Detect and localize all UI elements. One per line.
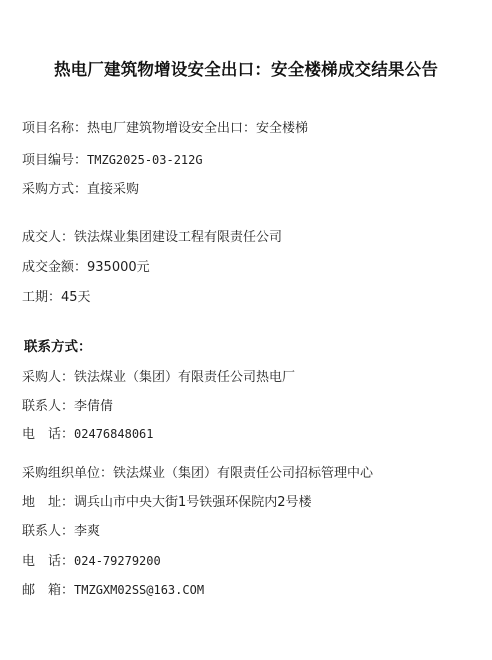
amount-row: 成交金额：935000元 [22, 259, 150, 277]
purchaser-phone-label: 电 话： [22, 427, 74, 442]
procurement-method-row: 采购方式：直接采购 [22, 181, 139, 199]
agency-phone-value: 024-79279200 [74, 554, 161, 568]
email-row: 邮 箱：TMZGXM02SS@163.COM [22, 581, 204, 600]
page-title: 热电厂建筑物增设安全出口：安全楼梯成交结果公告 [0, 58, 492, 82]
winner-value: 铁法煤业集团建设工程有限责任公司 [74, 230, 282, 245]
winner-label: 成交人： [22, 230, 74, 245]
amount-label: 成交金额： [22, 260, 87, 275]
purchaser-value: 铁法煤业（集团）有限责任公司热电厂 [74, 370, 295, 385]
project-name-value: 热电厂建筑物增设安全出口：安全楼梯 [87, 121, 308, 136]
agency-contact-value: 李爽 [74, 524, 100, 539]
agency-contact-row: 联系人：李爽 [22, 523, 100, 541]
project-name-row: 项目名称：热电厂建筑物增设安全出口：安全楼梯 [22, 120, 308, 138]
project-number-label: 项目编号： [22, 153, 87, 168]
duration-row: 工期：45天 [22, 289, 91, 307]
purchaser-phone-value: 02476848061 [74, 427, 153, 441]
contact-heading: 联系方式： [24, 338, 92, 356]
purchaser-row: 采购人：铁法煤业（集团）有限责任公司热电厂 [22, 369, 295, 387]
purchaser-label: 采购人： [22, 370, 74, 385]
email-value: TMZGXM02SS@163.COM [74, 583, 204, 597]
address-value: 调兵山市中央大街1号铁强环保院内2号楼 [74, 495, 312, 510]
address-row: 地 址：调兵山市中央大街1号铁强环保院内2号楼 [22, 494, 312, 512]
agency-phone-row: 电 话：024-79279200 [22, 552, 161, 571]
winner-row: 成交人：铁法煤业集团建设工程有限责任公司 [22, 229, 282, 247]
purchaser-contact-label: 联系人： [22, 399, 74, 414]
procurement-method-value: 直接采购 [87, 182, 139, 197]
duration-value: 45天 [61, 290, 91, 305]
agency-contact-label: 联系人： [22, 524, 74, 539]
duration-label: 工期： [22, 290, 61, 305]
agency-value: 铁法煤业（集团）有限责任公司招标管理中心 [113, 466, 373, 481]
amount-value: 935000元 [87, 260, 150, 275]
email-label: 邮 箱： [22, 583, 74, 598]
agency-label: 采购组织单位： [22, 466, 113, 481]
address-label: 地 址： [22, 495, 74, 510]
project-name-label: 项目名称： [22, 121, 87, 136]
agency-phone-label: 电 话： [22, 554, 74, 569]
procurement-method-label: 采购方式： [22, 182, 87, 197]
purchaser-contact-value: 李倩倩 [74, 399, 113, 414]
project-number-row: 项目编号：TMZG2025-03-212G [22, 151, 203, 170]
purchaser-contact-row: 联系人：李倩倩 [22, 398, 113, 416]
agency-row: 采购组织单位：铁法煤业（集团）有限责任公司招标管理中心 [22, 465, 373, 483]
project-number-value: TMZG2025-03-212G [87, 153, 203, 167]
purchaser-phone-row: 电 话：02476848061 [22, 425, 154, 444]
